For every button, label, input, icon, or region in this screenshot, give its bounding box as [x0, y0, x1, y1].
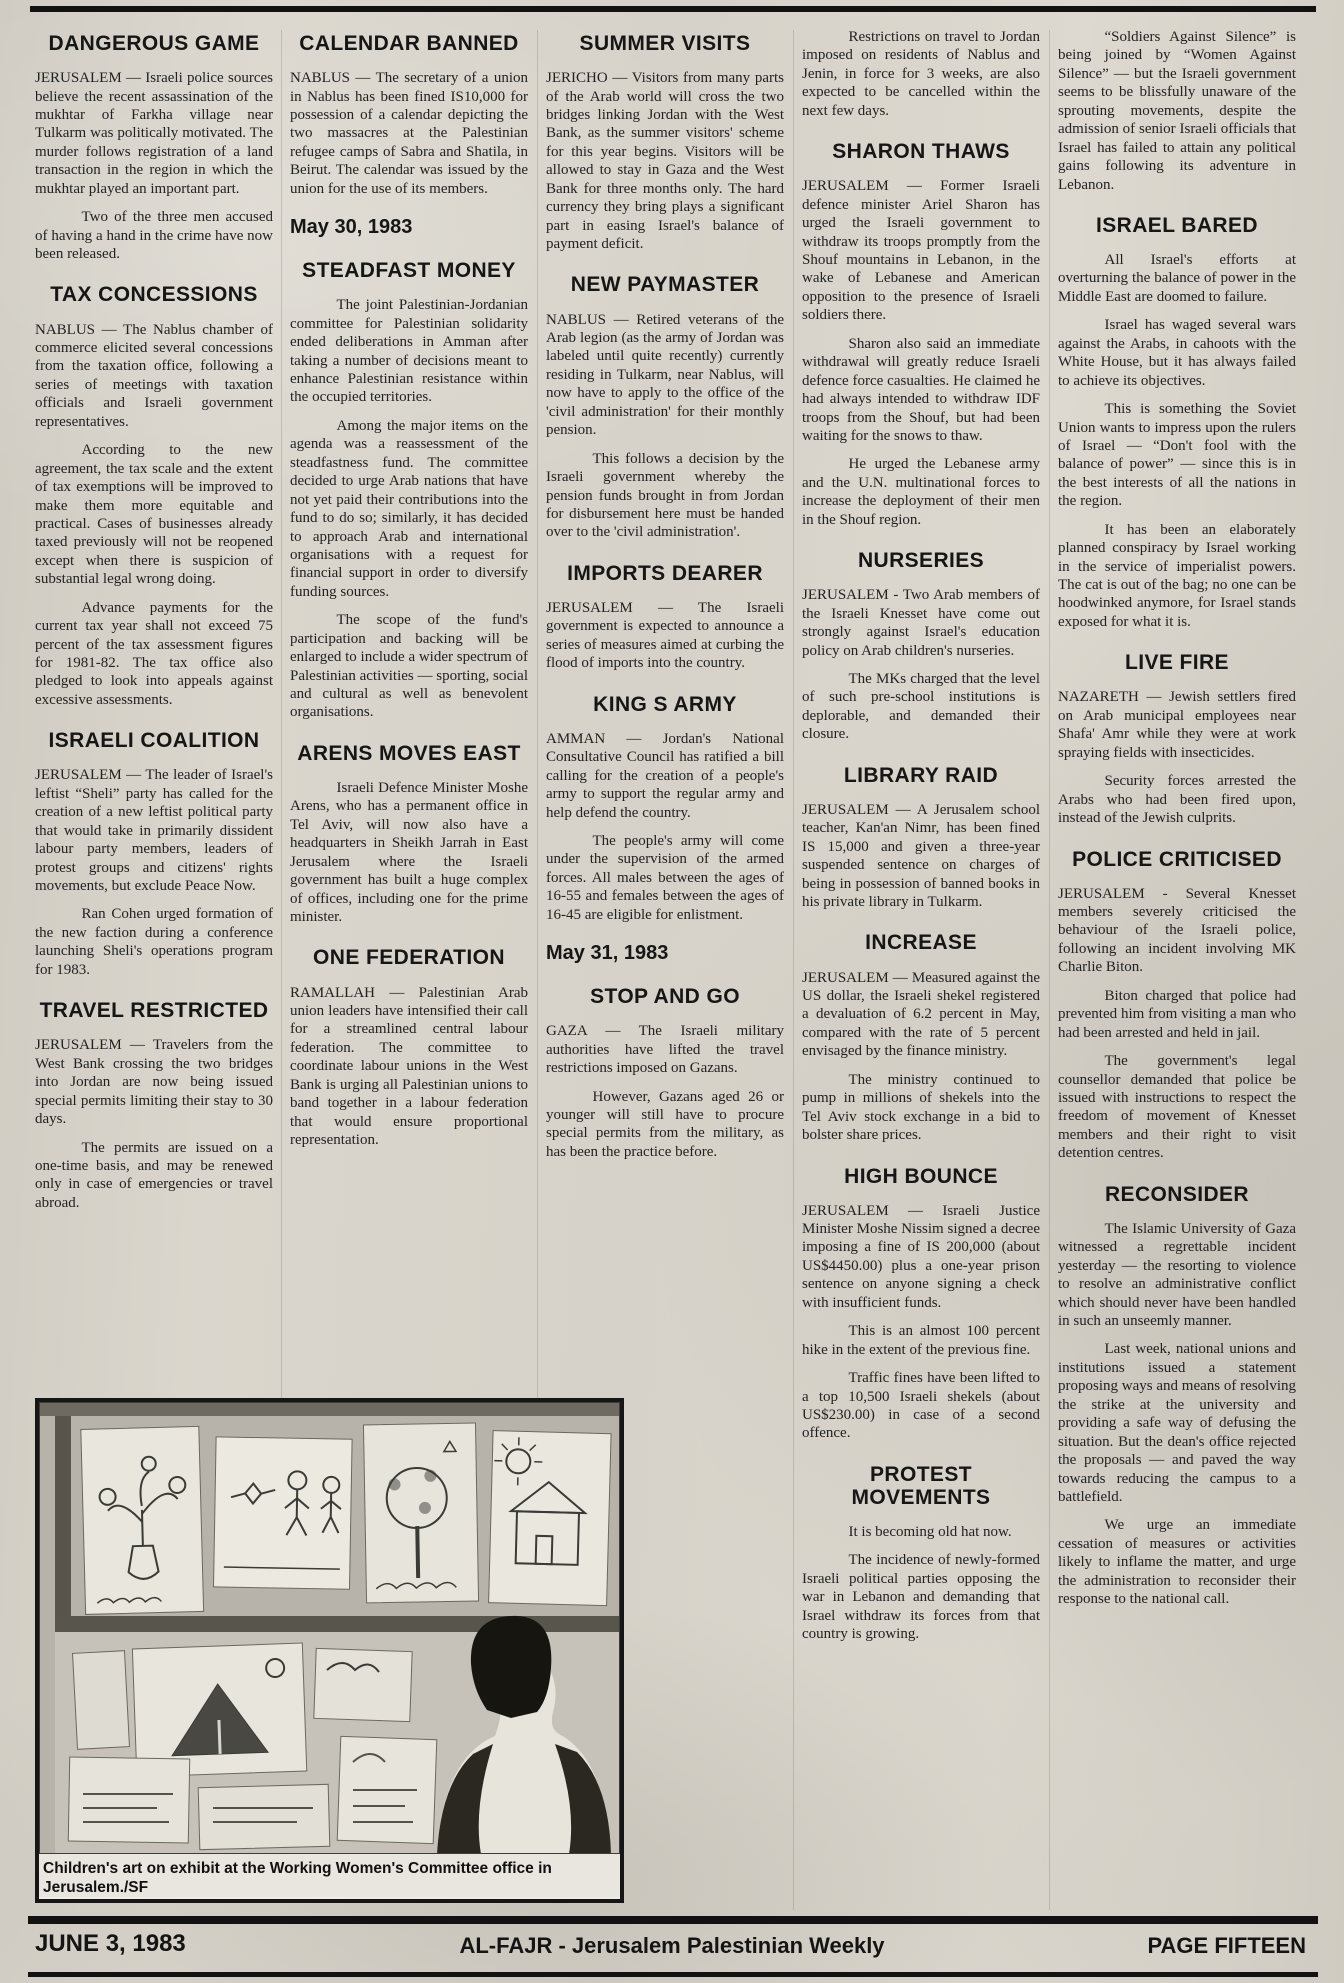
article-paragraph: The incidence of newly-formed Israeli po… [802, 1551, 1040, 1643]
article-paragraph: All Israel's efforts at overturning the … [1058, 251, 1296, 306]
article-paragraph: Two of the three men accused of having a… [35, 208, 273, 263]
article-paragraph: However, Gazans aged 26 or younger will … [546, 1088, 784, 1162]
article-headline: SUMMER VISITS [546, 32, 784, 55]
article-paragraph: JERUSALEM - Two Arab members of the Isra… [802, 586, 1040, 660]
footer-title: AL-FAJR - Jerusalem Palestinian Weekly [0, 1933, 1344, 1959]
article-paragraph: It has been an elaborately planned consp… [1058, 521, 1296, 632]
article-paragraph: JERUSALEM — Former Israeli defence minis… [802, 177, 1040, 325]
article-paragraph: Among the major items on the agenda was … [290, 417, 528, 601]
article-paragraph: This is something the Soviet Union wants… [1058, 400, 1296, 511]
article-headline: SHARON THAWS [802, 140, 1040, 163]
article-paragraph: JERUSALEM - Several Knesset members seve… [1058, 885, 1296, 977]
column-divider [537, 30, 538, 1570]
article-paragraph: The MKs charged that the level of such p… [802, 670, 1040, 744]
news-column-4: Restrictions on travel to Jordan imposed… [802, 28, 1040, 1914]
article-paragraph: JERUSALEM — Travelers from the West Bank… [35, 1036, 273, 1128]
column-divider [281, 30, 282, 1570]
article-paragraph: This follows a decision by the Israeli g… [546, 450, 784, 542]
date-header: May 30, 1983 [290, 216, 528, 239]
article-headline: CALENDAR BANNED [290, 32, 528, 55]
article-headline: KING S ARMY [546, 693, 784, 716]
drawing-tent [132, 1643, 306, 1777]
column-divider [1049, 30, 1050, 1910]
article-paragraph: Israel has waged several wars against th… [1058, 316, 1296, 390]
news-column-3: SUMMER VISITSJERICHO — Visitors from man… [546, 28, 784, 1392]
article-headline: INCREASE [802, 931, 1040, 954]
drawing-tree [363, 1423, 478, 1603]
article-paragraph: The joint Palestinian-Jordanian committe… [290, 296, 528, 407]
article-headline: HIGH BOUNCE [802, 1165, 1040, 1188]
article-paragraph: According to the new agreement, the tax … [35, 441, 273, 589]
article-paragraph: Security forces arrested the Arabs who h… [1058, 772, 1296, 827]
article-paragraph: It is becoming old hat now. [802, 1523, 1040, 1541]
article-headline: TRAVEL RESTRICTED [35, 999, 273, 1022]
article-headline: ARENS MOVES EAST [290, 742, 528, 765]
photo-children-art: Children's art on exhibit at the Working… [35, 1398, 624, 1903]
article-paragraph: JERUSALEM — The leader of Israel's lefti… [35, 766, 273, 895]
article-headline: IMPORTS DEARER [546, 562, 784, 585]
photo-caption: Children's art on exhibit at the Working… [39, 1854, 620, 1897]
article-headline: STOP AND GO [546, 985, 784, 1008]
article-paragraph: GAZA — The Israeli military authorities … [546, 1022, 784, 1077]
article-paragraph: The Islamic University of Gaza witnessed… [1058, 1220, 1296, 1331]
article-paragraph: Ran Cohen urged formation of the new fac… [35, 905, 273, 979]
article-headline: ISRAEL BARED [1058, 214, 1296, 237]
article-headline: ONE FEDERATION [290, 946, 528, 969]
drawing-house [489, 1431, 611, 1606]
photo-image [39, 1402, 620, 1854]
article-paragraph: The ministry continued to pump in millio… [802, 1071, 1040, 1145]
drawing-flower-vase [81, 1426, 204, 1614]
article-headline: TAX CONCESSIONS [35, 283, 273, 306]
article-headline: LIBRARY RAID [802, 764, 1040, 787]
article-headline: RECONSIDER [1058, 1183, 1296, 1206]
article-headline: NURSERIES [802, 549, 1040, 572]
article-paragraph: The government's legal counsellor demand… [1058, 1052, 1296, 1163]
news-column-2: CALENDAR BANNEDNABLUS — The secretary of… [290, 28, 528, 1392]
article-headline: ISRAELI COALITION [35, 729, 273, 752]
article-headline: LIVE FIRE [1058, 651, 1296, 674]
article-paragraph: The permits are issued on a one-time bas… [35, 1139, 273, 1213]
article-paragraph: Last week, national unions and instituti… [1058, 1340, 1296, 1506]
article-paragraph: NABLUS — Retired veterans of the Arab le… [546, 311, 784, 440]
newspaper-page: DANGEROUS GAMEJERUSALEM — Israeli police… [0, 0, 1344, 1983]
article-headline: STEADFAST MONEY [290, 259, 528, 282]
article-headline: PROTEST MOVEMENTS [802, 1463, 1040, 1509]
article-paragraph: Sharon also said an immediate withdrawal… [802, 335, 1040, 446]
article-paragraph: RAMALLAH — Palestinian Arab union leader… [290, 984, 528, 1150]
footer-page-number: PAGE FIFTEEN [1148, 1933, 1307, 1959]
news-column-1: DANGEROUS GAMEJERUSALEM — Israeli police… [35, 28, 273, 1392]
article-paragraph: JERUSALEM — A Jerusalem school teacher, … [802, 801, 1040, 912]
article-paragraph: He urged the Lebanese army and the U.N. … [802, 455, 1040, 529]
article-paragraph: JERUSALEM — The Israeli government is ex… [546, 599, 784, 673]
article-paragraph: JERUSALEM — Measured against the US doll… [802, 969, 1040, 1061]
drawing-figures [214, 1437, 353, 1589]
article-headline: NEW PAYMASTER [546, 273, 784, 296]
article-paragraph: Traffic fines have been lifted to a top … [802, 1369, 1040, 1443]
article-paragraph: NABLUS — The Nablus chamber of commerce … [35, 321, 273, 432]
article-paragraph: JERUSALEM — Israeli police sources belie… [35, 69, 273, 198]
article-headline: POLICE CRITICISED [1058, 848, 1296, 871]
article-headline: DANGEROUS GAME [35, 32, 273, 55]
article-paragraph: This is an almost 100 percent hike in th… [802, 1322, 1040, 1359]
article-paragraph: Advance payments for the current tax yea… [35, 599, 273, 710]
article-paragraph: JERICHO — Visitors from many parts of th… [546, 69, 784, 253]
column-divider [793, 30, 794, 1910]
bottom-rule [28, 1972, 1318, 1977]
article-paragraph: “Soldiers Against Silence” is being join… [1058, 28, 1296, 194]
footer-rule [28, 1916, 1318, 1924]
news-column-5: “Soldiers Against Silence” is being join… [1058, 28, 1296, 1914]
article-paragraph: We urge an immediate cessation of measur… [1058, 1516, 1296, 1608]
top-rule [30, 6, 1316, 12]
article-paragraph: Biton charged that police had prevented … [1058, 987, 1296, 1042]
article-paragraph: JERUSALEM — Israeli Justice Minister Mos… [802, 1202, 1040, 1313]
article-paragraph: Israeli Defence Minister Moshe Arens, wh… [290, 779, 528, 927]
article-paragraph: Restrictions on travel to Jordan imposed… [802, 28, 1040, 120]
article-paragraph: AMMAN — Jordan's National Consultative C… [546, 730, 784, 822]
date-header: May 31, 1983 [546, 942, 784, 965]
article-paragraph: NABLUS — The secretary of a union in Nab… [290, 69, 528, 198]
article-paragraph: The people's army will come under the su… [546, 832, 784, 924]
article-paragraph: The scope of the fund's participation an… [290, 611, 528, 722]
article-paragraph: NAZARETH — Jewish settlers fired on Arab… [1058, 688, 1296, 762]
